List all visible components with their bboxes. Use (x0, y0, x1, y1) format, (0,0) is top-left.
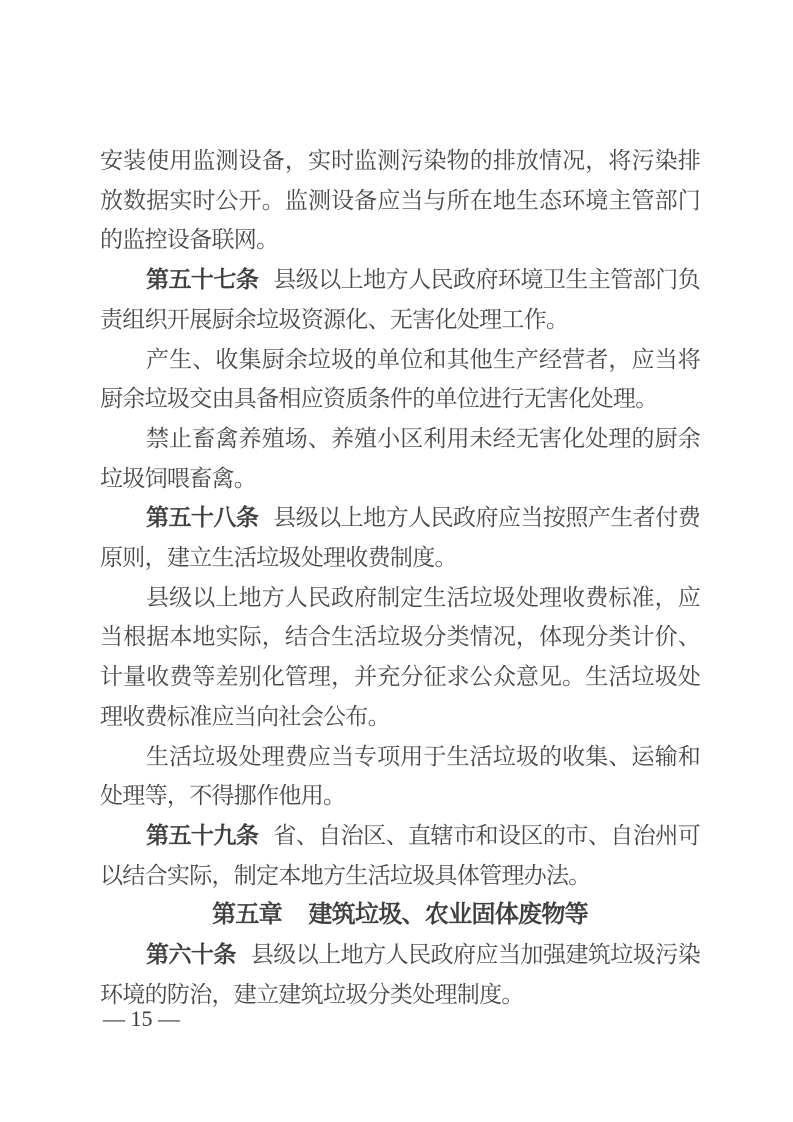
article-57-clause-2-paragraph: 产生、收集厨余垃圾的单位和其他生产经营者，应当将厨余垃圾交由具备相应资质条件的单… (100, 340, 700, 419)
article-60-number: 第六十条 (146, 941, 236, 967)
page-body-text: 安装使用监测设备，实时监测污染物的排放情况，将污染排放数据实时公开。监测设备应当… (100, 141, 700, 1014)
article-58-clause-2-paragraph: 县级以上地方人民政府制定生活垃圾处理收费标准，应当根据本地实际，结合生活垃圾分类… (100, 578, 700, 737)
chapter-5-heading: 第五章建筑垃圾、农业固体废物等 (100, 895, 700, 935)
chapter-5-number: 第五章 (212, 901, 282, 928)
article-58-number: 第五十八条 (146, 504, 258, 530)
page-number: — 15 — (103, 1006, 180, 1032)
article-59-paragraph: 第五十九条省、自治区、直辖市和设区的市、自治州可以结合实际，制定本地方生活垃圾具… (100, 816, 700, 895)
article-58-clause-3-paragraph: 生活垃圾处理费应当专项用于生活垃圾的收集、运输和处理等，不得挪作他用。 (100, 737, 700, 816)
article-60-paragraph: 第六十条县级以上地方人民政府应当加强建筑垃圾污染环境的防治，建立建筑垃圾分类处理… (100, 935, 700, 1014)
chapter-5-title: 建筑垃圾、农业固体废物等 (308, 901, 588, 928)
article-58-paragraph: 第五十八条县级以上地方人民政府应当按照产生者付费原则，建立生活垃圾处理收费制度。 (100, 498, 700, 577)
paragraph-continued-from-previous-page: 安装使用监测设备，实时监测污染物的排放情况，将污染排放数据实时公开。监测设备应当… (100, 141, 700, 260)
document-page: 安装使用监测设备，实时监测污染物的排放情况，将污染排放数据实时公开。监测设备应当… (0, 0, 793, 1122)
article-59-number: 第五十九条 (146, 822, 258, 848)
article-57-paragraph: 第五十七条县级以上地方人民政府环境卫生主管部门负责组织开展厨余垃圾资源化、无害化… (100, 260, 700, 339)
article-57-number: 第五十七条 (146, 266, 258, 292)
article-57-clause-3-paragraph: 禁止畜禽养殖场、养殖小区利用未经无害化处理的厨余垃圾饲喂畜禽。 (100, 419, 700, 498)
